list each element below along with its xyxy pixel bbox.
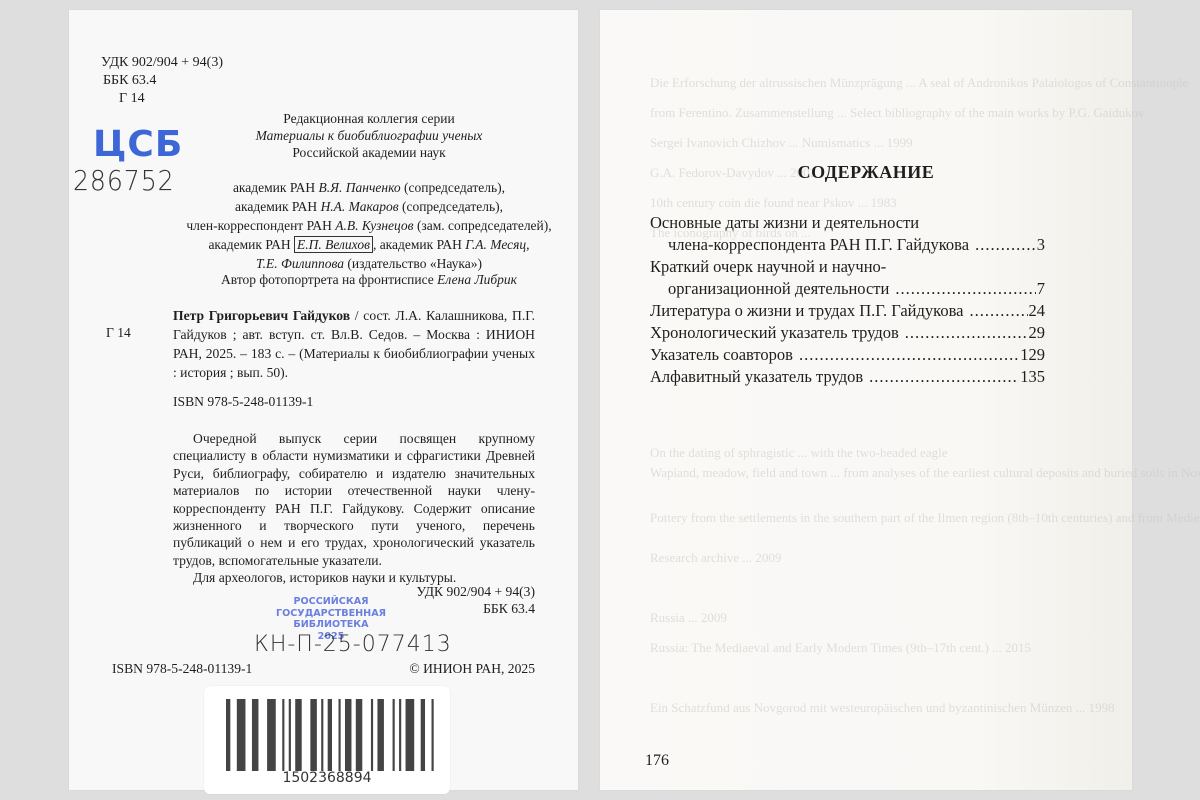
board-member: Т.Е. Филиппова (издательство «Наука») xyxy=(169,254,569,273)
toc-page-number: 7 xyxy=(1037,278,1045,300)
handwritten-inventory-number: КН-П-25-077413 xyxy=(254,632,452,657)
library-stamp-csb: ЦСБ xyxy=(93,127,183,163)
board-member: академик РАН Е.П. Велихов, академик РАН … xyxy=(169,235,569,254)
barcode-sticker: 1502368894 xyxy=(204,686,450,794)
copyright: © ИНИОН РАН, 2025 xyxy=(409,661,535,677)
boxed-name: Е.П. Велихов xyxy=(294,236,373,253)
right-page-contents: Die Erforschung der altrussischen Münzpr… xyxy=(600,10,1132,790)
editorial-board-heading: Редакционная коллегия серии Материалы к … xyxy=(179,110,559,161)
photo-credit: Автор фотопортрета на фронтисписе Елена … xyxy=(169,272,569,288)
author-mark-top: Г 14 xyxy=(119,90,145,107)
barcode-number: 1502368894 xyxy=(204,770,450,786)
toc-page-number: 135 xyxy=(1020,366,1045,388)
toc-page-number: 24 xyxy=(1029,300,1046,322)
toc-entry[interactable]: Краткий очерк научной и научно-организац… xyxy=(650,256,1045,300)
toc-entry[interactable]: Литература о жизни и трудах П.Г. Гайдуко… xyxy=(650,300,1045,322)
udk-code-top: УДК 902/904 + 94(3) xyxy=(101,54,223,71)
udk-code-bottom: УДК 902/904 + 94(3) xyxy=(417,584,535,600)
toc-title: СОДЕРЖАНИЕ xyxy=(600,162,1132,183)
bbk-code-top: ББК 63.4 xyxy=(103,72,156,89)
bbk-code-bottom: ББК 63.4 xyxy=(483,601,535,617)
board-member: академик РАН В.Я. Панченко (сопредседате… xyxy=(169,178,569,197)
abstract-paragraph: Очередной выпуск серии посвящен крупному… xyxy=(173,430,535,569)
bibliographic-record: Петр Григорьевич Гайдуков / сост. Л.А. К… xyxy=(173,306,535,382)
toc-entry[interactable]: Основные даты жизни и деятельностичлена-… xyxy=(650,212,1045,256)
editorial-line: Российской академии наук xyxy=(179,144,559,161)
board-member: академик РАН Н.А. Макаров (сопредседател… xyxy=(169,197,569,216)
editorial-line: Редакционная коллегия серии xyxy=(179,110,559,127)
toc-page-number: 3 xyxy=(1037,234,1045,256)
barcode-icon xyxy=(226,699,438,771)
isbn-bottom: ISBN 978-5-248-01139-1 xyxy=(112,661,252,677)
left-page-imprint: УДК 902/904 + 94(3) ББК 63.4 Г 14 ЦСБ 28… xyxy=(69,10,578,790)
abstract: Очередной выпуск серии посвящен крупному… xyxy=(173,430,535,587)
toc-entry[interactable]: Указатель соавторов.....................… xyxy=(650,344,1045,366)
toc-entry[interactable]: Хронологический указатель трудов........… xyxy=(650,322,1045,344)
author-mark-record: Г 14 xyxy=(106,325,131,341)
toc-page-number: 29 xyxy=(1029,322,1046,344)
board-members: академик РАН В.Я. Панченко (сопредседате… xyxy=(169,178,569,273)
toc-page-number: 129 xyxy=(1020,344,1045,366)
table-of-contents: Основные даты жизни и деятельностичлена-… xyxy=(650,212,1045,388)
board-member: член-корреспондент РАН А.В. Кузнецов (за… xyxy=(169,216,569,235)
handwritten-accession-number: 286752 xyxy=(73,164,175,197)
series-title: Материалы к биобиблиографии ученых xyxy=(179,127,559,144)
isbn-record: ISBN 978-5-248-01139-1 xyxy=(173,394,313,410)
toc-entry[interactable]: Алфавитный указатель трудов.............… xyxy=(650,366,1045,388)
page-number: 176 xyxy=(645,752,669,770)
